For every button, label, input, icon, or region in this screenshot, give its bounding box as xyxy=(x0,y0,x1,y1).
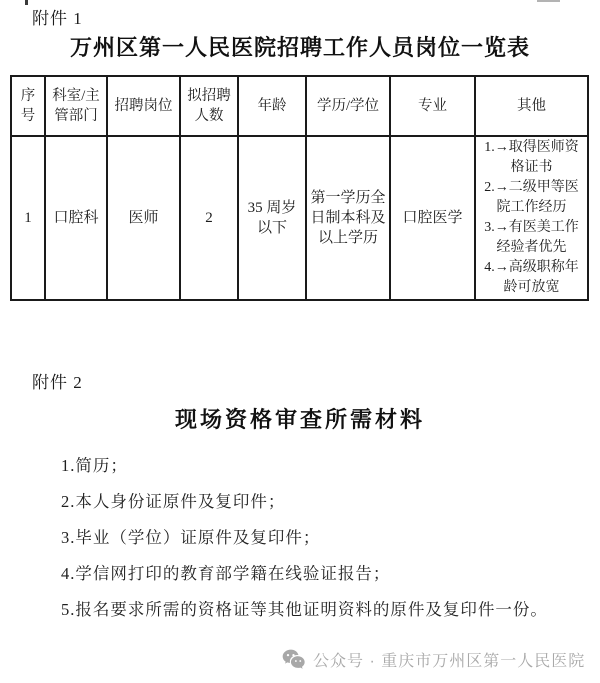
list-item: 4.学信网打印的教育部学籍在线验证报告； xyxy=(61,556,581,592)
list-item: 5.报名要求所需的资格证等其他证明资料的原件及复印件一份。 xyxy=(61,592,581,628)
cell-major: 口腔医学 xyxy=(390,136,475,300)
header-other: 其他 xyxy=(475,76,588,136)
table-header-row: 序号 科室/主管部门 招聘岗位 拟招聘人数 年龄 学历/学位 专业 其他 xyxy=(11,76,588,136)
header-headcount: 拟招聘人数 xyxy=(180,76,238,136)
cell-age: 35 周岁以下 xyxy=(238,136,306,300)
cell-position: 医师 xyxy=(107,136,180,300)
attachment-1-label: 附件 1 xyxy=(32,4,83,29)
cell-education: 第一学历全日制本科及以上学历 xyxy=(306,136,390,300)
materials-list: 1.简历； 2.本人身份证原件及复印件； 3.毕业（学位）证原件及复印件； 4.… xyxy=(61,448,581,628)
cell-other-requirements: 1.→取得医师资格证书 2.→二级甲等医院工作经历 3.→有医美工作经验者优先 … xyxy=(475,136,588,300)
list-item: 3.毕业（学位）证原件及复印件； xyxy=(61,520,581,556)
header-major: 专业 xyxy=(390,76,475,136)
recruitment-positions-table: 序号 科室/主管部门 招聘岗位 拟招聘人数 年龄 学历/学位 专业 其他 1 口… xyxy=(10,75,589,301)
list-item: 2.本人身份证原件及复印件； xyxy=(61,484,581,520)
header-education: 学历/学位 xyxy=(306,76,390,136)
section-2-title: 现场资格审查所需材料 xyxy=(0,403,600,434)
wechat-watermark: 公众号 · 重庆市万州区第一人民医院 xyxy=(282,648,585,670)
list-item: 1.简历； xyxy=(61,448,581,484)
attachment-2-label: 附件 2 xyxy=(32,368,83,393)
header-department: 科室/主管部门 xyxy=(45,76,107,136)
header-seq: 序号 xyxy=(11,76,45,136)
cell-department: 口腔科 xyxy=(45,136,107,300)
other-requirement: 3.→有医美工作经验者优先 xyxy=(478,218,585,258)
cropped-artifact-right xyxy=(537,0,560,2)
table-title: 万州区第一人民医院招聘工作人员岗位一览表 xyxy=(0,31,600,62)
wechat-icon xyxy=(282,649,306,669)
other-requirement: 4.→高级职称年龄可放宽 xyxy=(478,258,585,298)
header-position: 招聘岗位 xyxy=(107,76,180,136)
header-age: 年龄 xyxy=(238,76,306,136)
wechat-watermark-text: 公众号 · 重庆市万州区第一人民医院 xyxy=(313,648,585,671)
other-requirement: 2.→二级甲等医院工作经历 xyxy=(478,178,585,218)
table-row: 1 口腔科 医师 2 35 周岁以下 第一学历全日制本科及以上学历 口腔医学 1… xyxy=(11,136,588,300)
cropped-artifact-left xyxy=(25,0,28,5)
cell-headcount: 2 xyxy=(180,136,238,300)
cell-seq: 1 xyxy=(11,136,45,300)
other-requirement: 1.→取得医师资格证书 xyxy=(478,138,585,178)
